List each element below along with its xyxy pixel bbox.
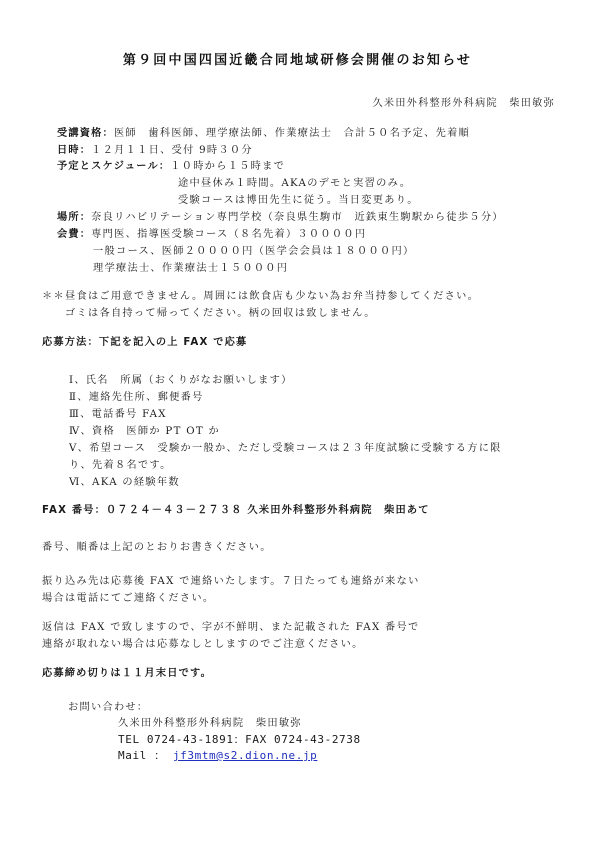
fax-number-line: FAX 番号：０７２４－４３－２７３８ 久米田外科整形外科病院 柴田あて xyxy=(42,504,430,518)
application-heading: 応募方法：下記を記入の上 FAX で応募 xyxy=(42,336,247,350)
schedule-row: 予定とスケジュール：１０時から１５時まで xyxy=(57,160,285,174)
contact-name: 久米田外科整形外科病院 柴田敏弥 xyxy=(118,717,302,731)
venue-row: 場所：奈良リハビリテーション専門学校（奈良県生駒市 近鉄東生駒駅から徒歩５分） xyxy=(57,211,504,225)
email-link[interactable]: jf3mtm@s2.dion.ne.jp xyxy=(173,749,317,762)
application-item: Ⅰ、氏名 所属（おくりがなお願いします） xyxy=(69,374,293,388)
fee-label: 会費： xyxy=(57,229,91,240)
paragraph-payment: 振り込み先は応募後 FAX で連絡いたします。７日たっても連絡が来ない xyxy=(42,575,420,589)
datetime-label: 日時： xyxy=(57,145,91,156)
deadline: 応募締め切りは１１月末日です。 xyxy=(42,667,212,681)
datetime-row: 日時：１２月１１日、受付 9時３０分 xyxy=(57,144,253,158)
contact-label: お問い合わせ： xyxy=(68,701,148,715)
paragraph-payment-cont: 場合は電話にてご連絡ください。 xyxy=(42,592,214,606)
schedule-line: 途中昼休み１時間。AKAのデモと実習のみ。 xyxy=(178,177,411,191)
application-item: Ⅲ、電話番号 FAX xyxy=(69,408,167,422)
fee-row: 会費：専門医、指導医受験コース（８名先着）３００００円 xyxy=(57,228,366,242)
fee-line: 専門医、指導医受験コース（８名先着）３００００円 xyxy=(91,229,366,240)
author: 久米田外科整形外科病院 柴田敏弥 xyxy=(373,94,555,109)
fee-line: 理学療法士、作業療法士１５０００円 xyxy=(93,262,288,276)
eligibility-label: 受講資格： xyxy=(57,128,114,139)
schedule-line: １０時から１５時まで xyxy=(170,161,285,172)
application-item: Ⅵ、AKA の経験年数 xyxy=(69,476,180,490)
datetime-value: １２月１１日、受付 9時３０分 xyxy=(91,145,253,156)
venue-label: 場所： xyxy=(57,212,91,223)
eligibility-value: 医師 歯科医師、理学療法師、作業療法士 合計５０名予定、先着順 xyxy=(114,128,470,139)
application-item: Ⅱ、連絡先住所、郵便番号 xyxy=(69,391,204,405)
fee-line: 一般コース、医師２００００円（医学会会員は１８０００円） xyxy=(93,245,414,259)
application-item: Ⅳ、資格 医師か PT OT か xyxy=(69,425,220,439)
note-lunch: ＊＊昼食はご用意できません。周囲には飲食店も少ない為お弁当持参してください。 xyxy=(42,290,479,304)
contact-mail-row: Mail ： jf3mtm@s2.dion.ne.jp xyxy=(118,749,317,763)
note-garbage: ゴミは各自持って帰ってください。柄の回収は致しません。 xyxy=(65,307,376,321)
paragraph-reply-cont: 連絡が取れない場合は応募なしとしますのでご注意ください。 xyxy=(42,638,364,652)
page-title: 第９回中国四国近畿合同地域研修会開催のお知らせ xyxy=(0,49,595,68)
application-item-continued: り、先着８名です。 xyxy=(69,459,172,473)
venue-value: 奈良リハビリテーション専門学校（奈良県生駒市 近鉄東生駒駅から徒歩５分） xyxy=(91,212,504,223)
schedule-label: 予定とスケジュール： xyxy=(57,161,170,172)
eligibility-row: 受講資格：医師 歯科医師、理学療法師、作業療法士 合計５０名予定、先着順 xyxy=(57,127,470,141)
application-item: Ⅴ、希望コース 受験か一般か、ただし受験コースは２３年度試験に受験する方に限 xyxy=(69,442,502,456)
paragraph-reply: 返信は FAX で致しますので、字が不鮮明、また記載された FAX 番号で xyxy=(42,621,420,635)
schedule-line: 受験コースは博田先生に従う。当日変更あり。 xyxy=(178,194,419,208)
contact-phones: TEL 0724-43-1891：FAX 0724-43-2738 xyxy=(118,733,361,747)
paragraph-order: 番号、順番は上記のとおりお書きください。 xyxy=(42,541,272,555)
mail-label: Mail ： xyxy=(118,749,173,762)
